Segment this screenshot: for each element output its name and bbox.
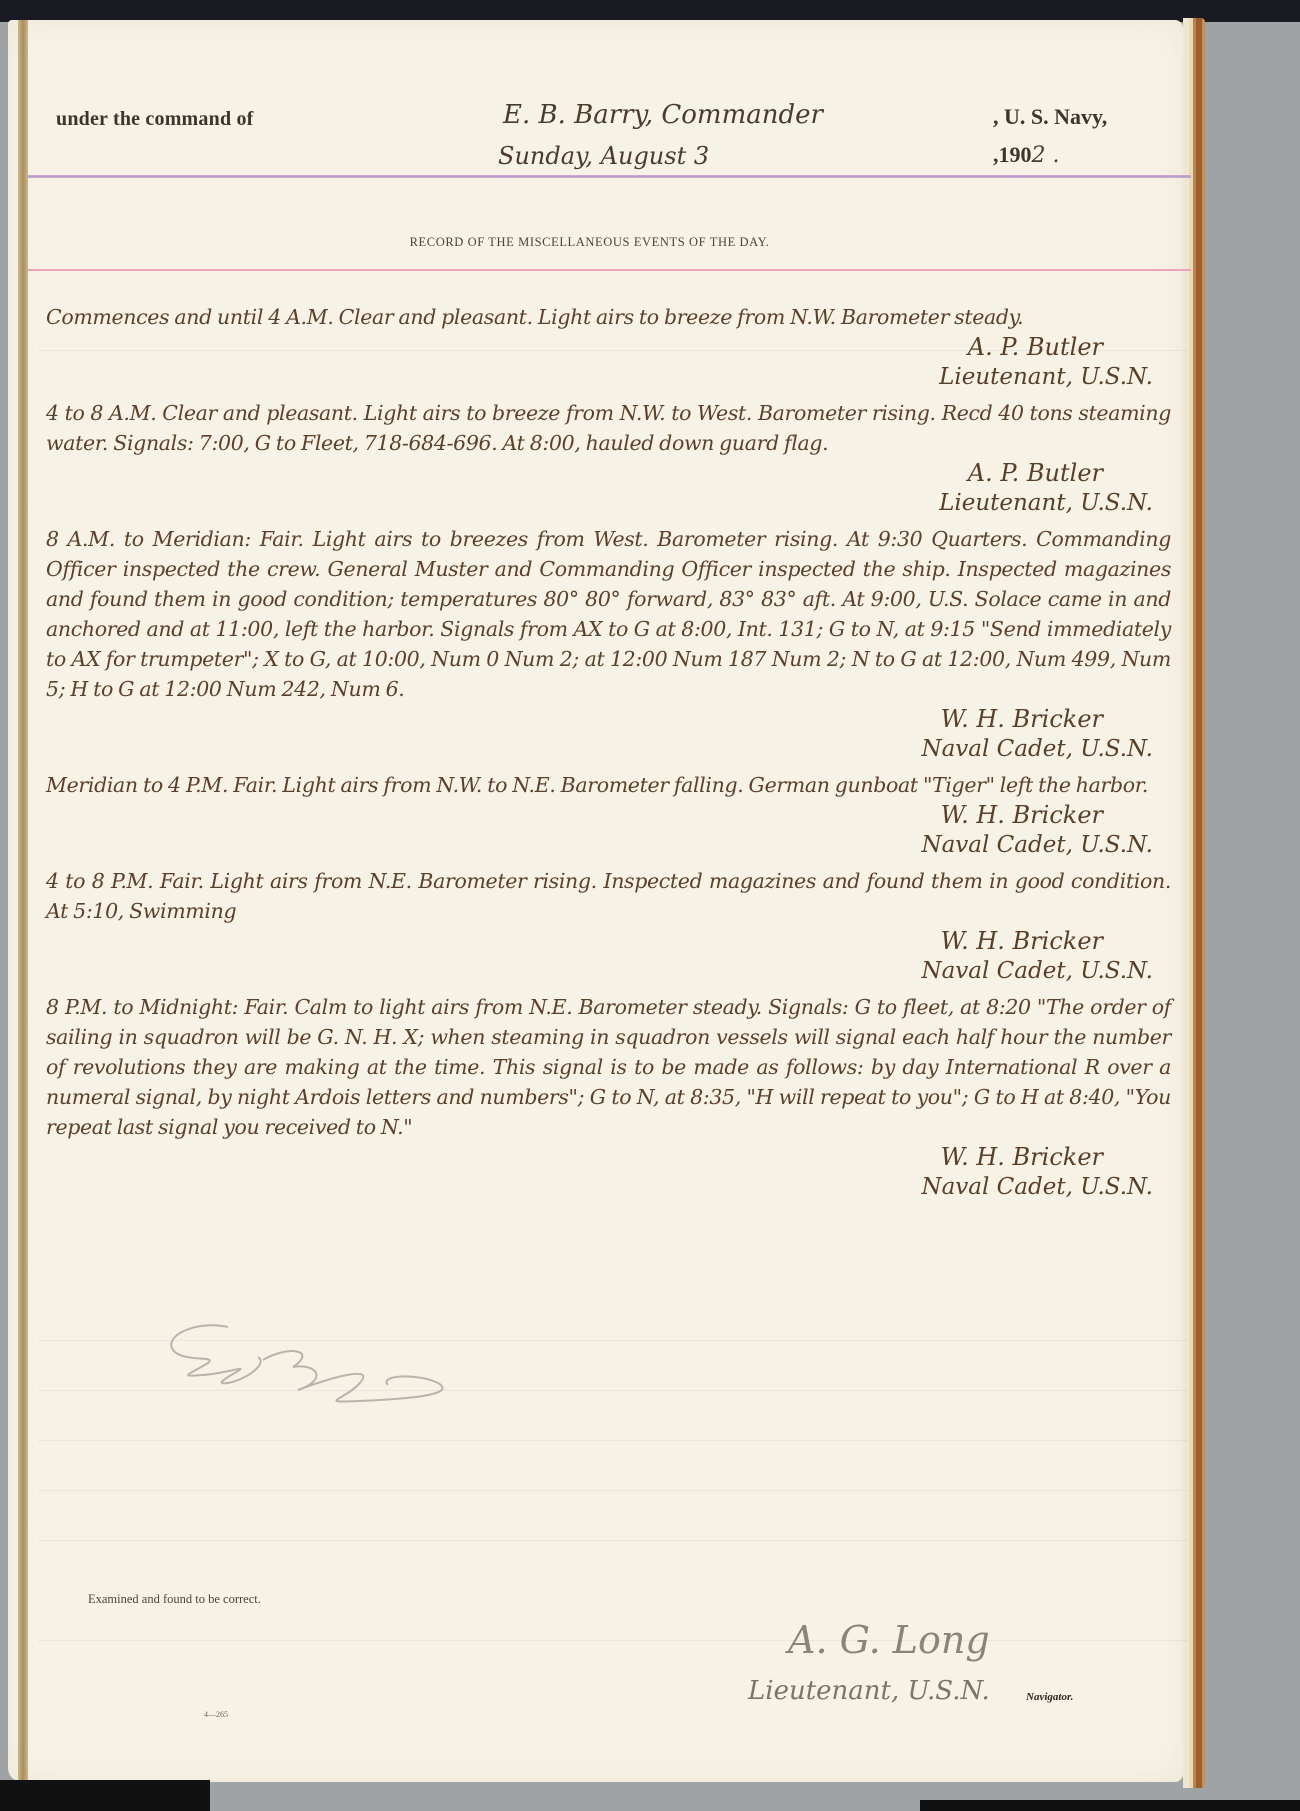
- signer-name: A. P. Butler: [46, 458, 1153, 488]
- book-gutter: [18, 20, 28, 1782]
- watch-entry: 8 A.M. to Meridian: Fair. Light airs to …: [46, 524, 1171, 764]
- log-date: Sunday, August 3: [498, 144, 709, 168]
- signer-rank: Naval Cadet, U.S.N.: [46, 1172, 1153, 1202]
- ruled-line: [38, 1490, 1188, 1491]
- scan-bottom-edge: [920, 1800, 1300, 1811]
- entry-text: 4 to 8 A.M. Clear and pleasant. Light ai…: [46, 398, 1171, 458]
- entry-signature: W. H. Bricker Naval Cadet, U.S.N.: [46, 800, 1171, 860]
- signer-rank: Lieutenant, U.S.N.: [46, 362, 1153, 392]
- navigator-label: Navigator.: [1026, 1691, 1073, 1703]
- scan-top-edge: [0, 0, 1300, 22]
- entry-text: Meridian to 4 P.M. Fair. Light airs from…: [46, 770, 1171, 800]
- signer-name: A. P. Butler: [46, 332, 1153, 362]
- form-number: 4—265: [204, 1710, 228, 1719]
- entry-text: 8 P.M. to Midnight: Fair. Calm to light …: [46, 992, 1171, 1142]
- entry-text: Commences and until 4 A.M. Clear and ple…: [46, 302, 1171, 332]
- watch-entry: Commences and until 4 A.M. Clear and ple…: [46, 302, 1171, 392]
- watch-entry: 4 to 8 P.M. Fair. Light airs from N.E. B…: [46, 866, 1171, 986]
- entry-text: 8 A.M. to Meridian: Fair. Light airs to …: [46, 524, 1171, 704]
- ruled-line: [38, 1440, 1188, 1441]
- entry-signature: W. H. Bricker Naval Cadet, U.S.N.: [46, 1142, 1171, 1202]
- signer-rank: Naval Cadet, U.S.N.: [46, 734, 1153, 764]
- scan-bottom-edge: [0, 1780, 210, 1811]
- examined-label: Examined and found to be correct.: [88, 1592, 261, 1607]
- entry-signature: W. H. Bricker Naval Cadet, U.S.N.: [46, 704, 1171, 764]
- header-divider-pink: [28, 269, 1191, 271]
- service-label: , U. S. Navy,: [993, 104, 1107, 130]
- logbook-page: under the command of E. B. Barry, Comman…: [8, 20, 1183, 1782]
- command-label: under the command of: [56, 108, 254, 131]
- book-fore-edge: [1183, 18, 1205, 1788]
- navigator-rank: Lieutenant, U.S.N.: [748, 1676, 990, 1706]
- navigator-name: A. G. Long: [788, 1618, 990, 1662]
- signer-name: W. H. Bricker: [46, 800, 1153, 830]
- signer-rank: Naval Cadet, U.S.N.: [46, 956, 1153, 986]
- entry-signature: A. P. Butler Lieutenant, U.S.N.: [46, 458, 1171, 518]
- navigator-signature: A. G. Long Lieutenant, U.S.N.: [748, 1610, 1048, 1720]
- watch-entry: 4 to 8 A.M. Clear and pleasant. Light ai…: [46, 398, 1171, 518]
- ruled-line: [38, 1540, 1188, 1541]
- commander-name: E. B. Barry, Commander: [503, 102, 823, 128]
- signer-rank: Lieutenant, U.S.N.: [46, 488, 1153, 518]
- watch-entry: Meridian to 4 P.M. Fair. Light airs from…: [46, 770, 1171, 860]
- commander-initials-signature: E. B. B.: [158, 1305, 488, 1415]
- entry-text: 4 to 8 P.M. Fair. Light airs from N.E. B…: [46, 866, 1171, 926]
- entry-signature: W. H. Bricker Naval Cadet, U.S.N.: [46, 926, 1171, 986]
- log-year: ,1902 .: [993, 142, 1059, 168]
- signer-name: W. H. Bricker: [46, 704, 1153, 734]
- section-title: RECORD OF THE MISCELLANEOUS EVENTS OF TH…: [8, 235, 1171, 250]
- signer-rank: Naval Cadet, U.S.N.: [46, 830, 1153, 860]
- signer-name: W. H. Bricker: [46, 926, 1153, 956]
- signer-name: W. H. Bricker: [46, 1142, 1153, 1172]
- year-prefix: ,190: [993, 142, 1032, 167]
- header-divider-blue: [28, 175, 1191, 178]
- watch-entry: 8 P.M. to Midnight: Fair. Calm to light …: [46, 992, 1171, 1202]
- entry-signature: A. P. Butler Lieutenant, U.S.N.: [46, 332, 1171, 392]
- year-suffix: 2 .: [1032, 143, 1060, 168]
- watch-entries: Commences and until 4 A.M. Clear and ple…: [46, 302, 1171, 1208]
